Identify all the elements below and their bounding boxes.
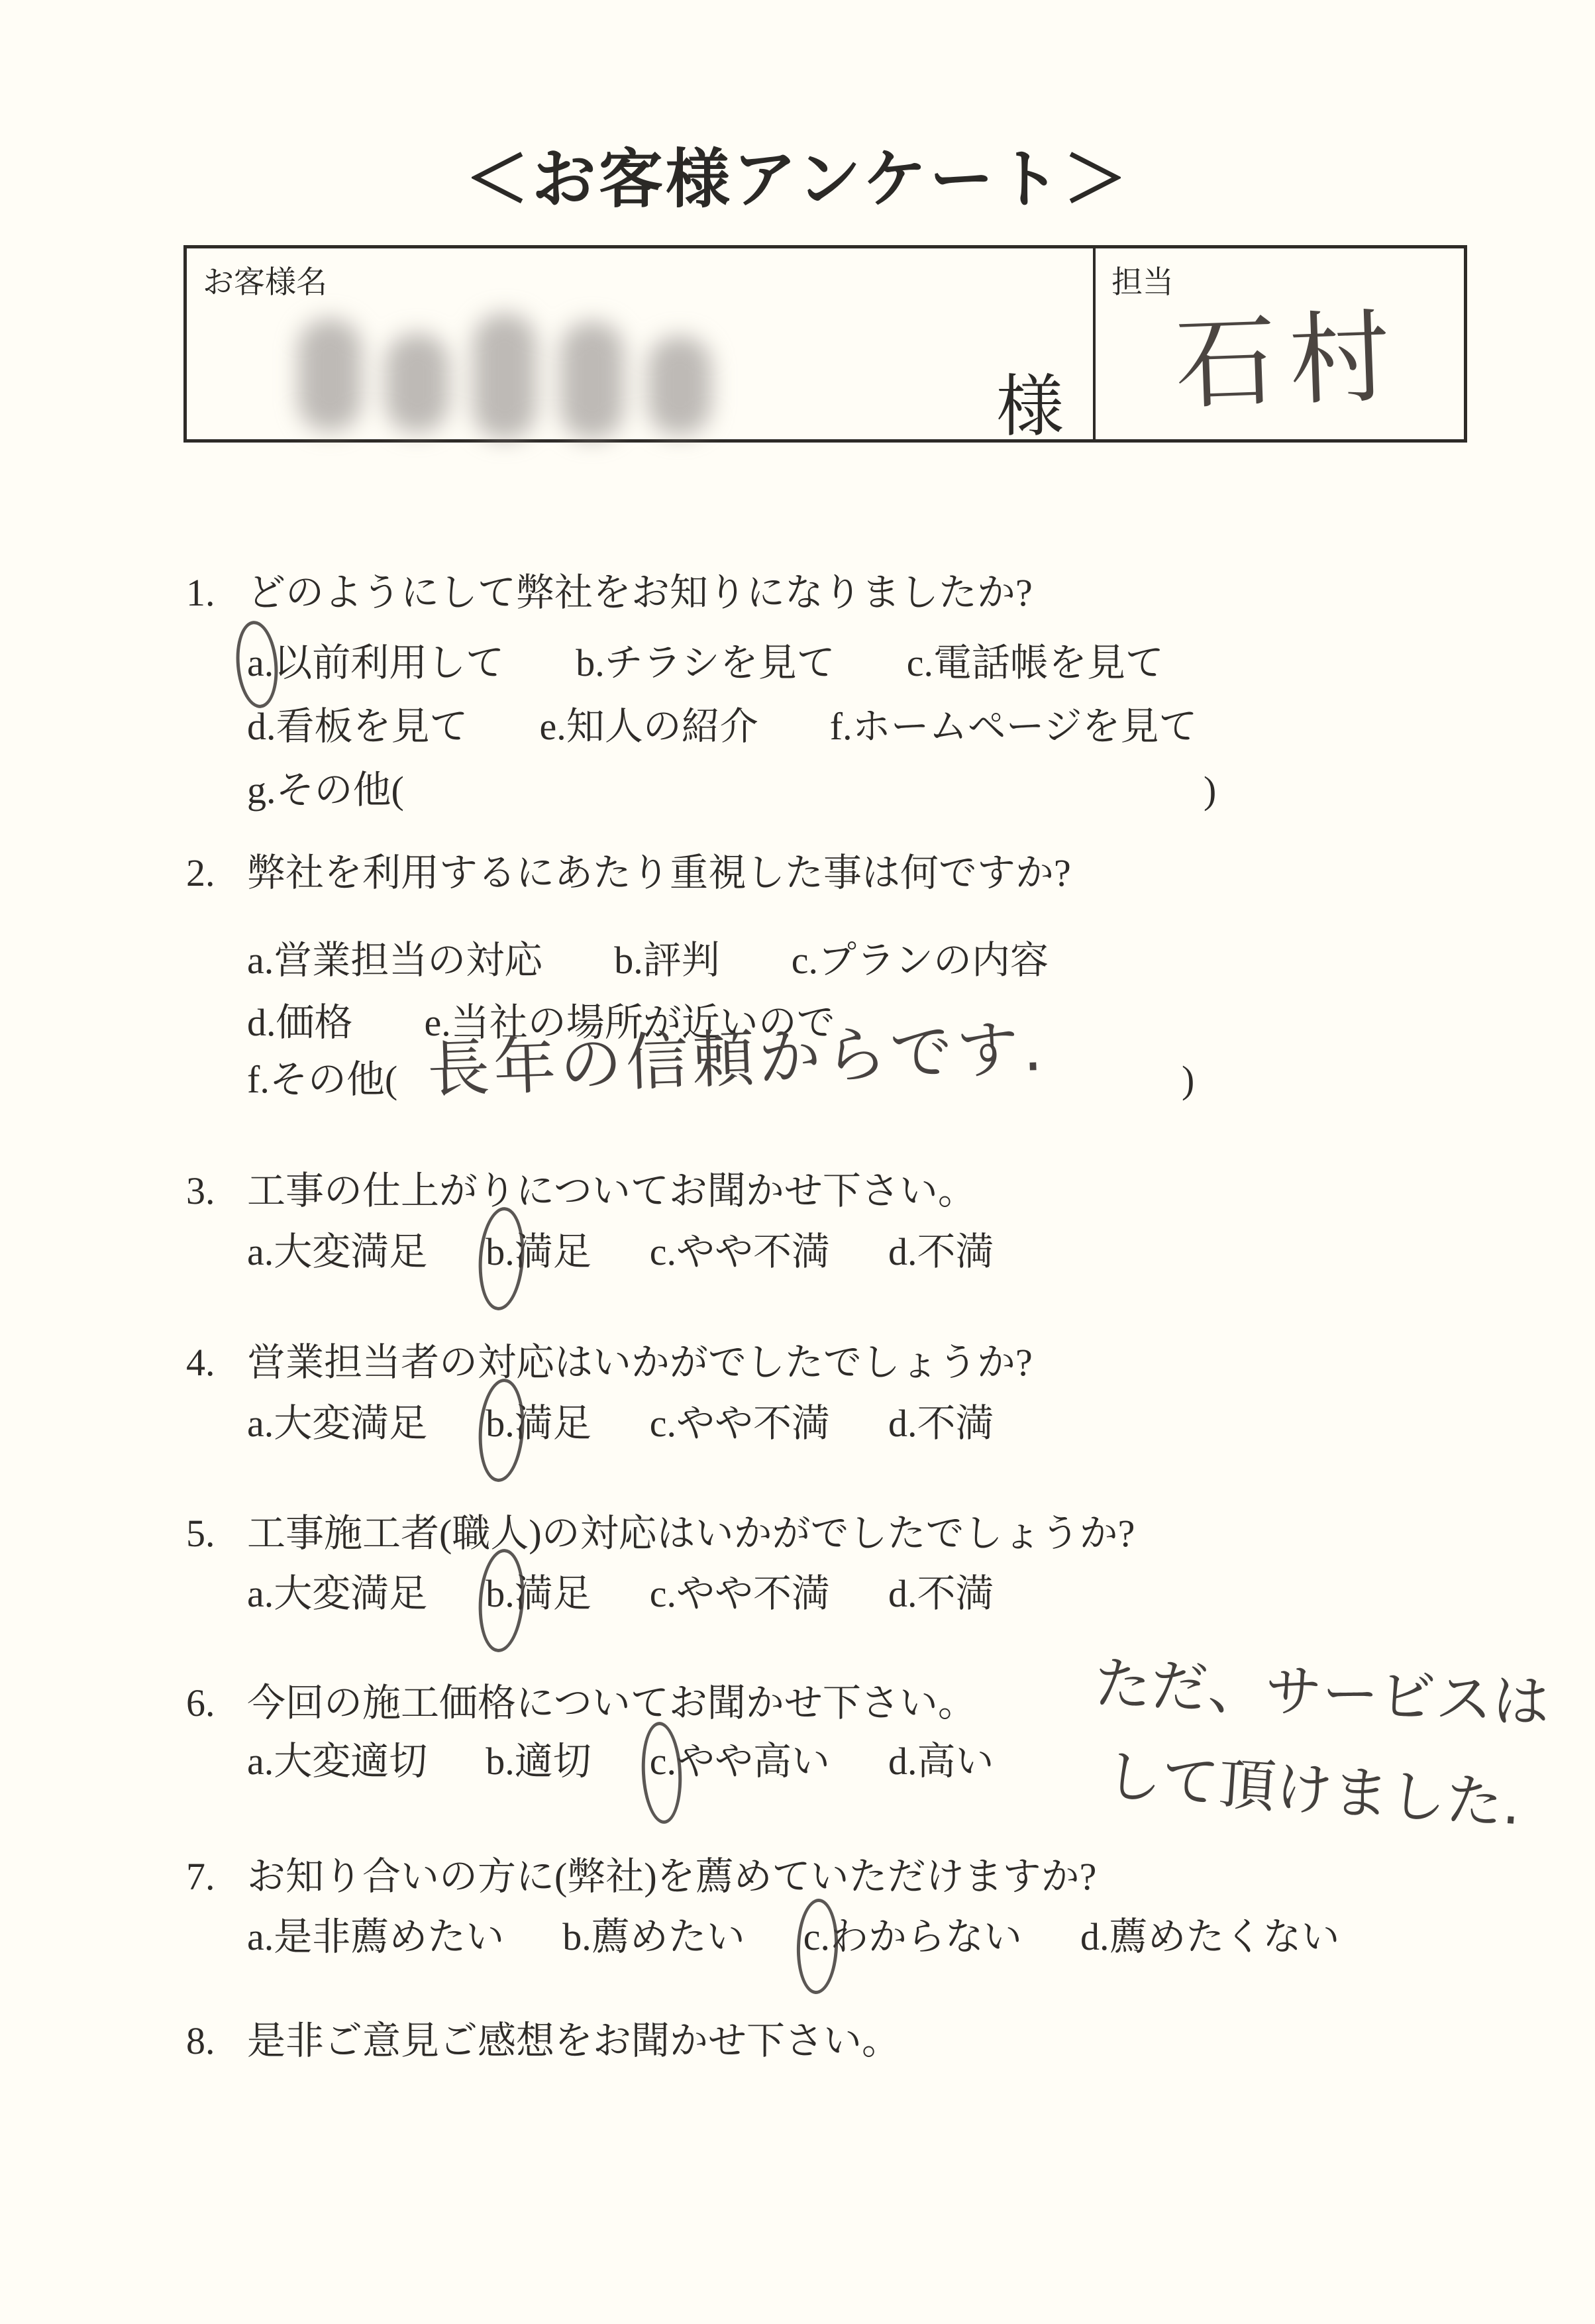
question-text: お知り合いの方に(弊社)を薦めていただけますか? bbox=[247, 1852, 1096, 1902]
option-prefix: a. bbox=[247, 1736, 274, 1787]
option-text: 是非薦めたい bbox=[274, 1915, 504, 1958]
option-text: やや不満 bbox=[676, 1402, 830, 1445]
option-prefix: d. bbox=[1080, 1912, 1109, 1962]
option-prefix: d. bbox=[888, 1399, 917, 1449]
option-text: わからない bbox=[830, 1915, 1022, 1958]
option-text: 不満 bbox=[917, 1230, 994, 1273]
question-number: 7. bbox=[186, 1852, 247, 1902]
option-text: 大変満足 bbox=[274, 1572, 427, 1615]
question-4: 4. 営業担当者の対応はいかがでしたでしょうか? a.大変満足 b.満足 c.や… bbox=[186, 1338, 1033, 1449]
option-prefix: a. bbox=[247, 1912, 274, 1962]
option-5d: d.不満 bbox=[888, 1569, 994, 1619]
option-text: チラシを見て bbox=[605, 641, 835, 684]
option-2b: b.評判 bbox=[614, 935, 720, 986]
question-number: 8. bbox=[186, 2016, 247, 2066]
question-number: 1. bbox=[186, 568, 247, 618]
customer-name-redacted bbox=[298, 309, 711, 439]
option-prefix: b. bbox=[614, 935, 643, 986]
handwritten-other-answer: 長年の信頼からです. bbox=[427, 1024, 1047, 1096]
option-1a: a.以前利用して bbox=[247, 638, 504, 688]
question-text: 今回の施工価格についてお聞かせ下さい。 bbox=[247, 1678, 976, 1728]
option-4a: a.大変満足 bbox=[247, 1399, 427, 1449]
option-text: 知人の紹介 bbox=[566, 705, 758, 748]
option-text: 不満 bbox=[917, 1402, 994, 1445]
option-prefix: b. bbox=[576, 638, 605, 688]
option-3d: d.不満 bbox=[888, 1227, 994, 1277]
question-text: 是非ご意見ご感想をお聞かせ下さい。 bbox=[247, 2016, 900, 2066]
circled-answer-prefix: b. bbox=[486, 1227, 515, 1277]
question-text: 工事施工者(職人)の対応はいかがでしたでしょうか? bbox=[247, 1508, 1135, 1559]
option-prefix: c. bbox=[650, 1227, 676, 1277]
option-text: 大変適切 bbox=[274, 1740, 427, 1783]
option-3a: a.大変満足 bbox=[247, 1227, 427, 1277]
option-prefix: d. bbox=[888, 1736, 917, 1787]
close-paren: ) bbox=[1204, 765, 1216, 816]
option-4c: c.やや不満 bbox=[650, 1399, 830, 1449]
option-1f: f.ホームページを見て bbox=[830, 702, 1198, 752]
option-text: ホームページを見て bbox=[852, 705, 1198, 748]
option-prefix: c. bbox=[907, 638, 933, 688]
question-5: 5. 工事施工者(職人)の対応はいかがでしたでしょうか? a.大変満足 b.満足… bbox=[186, 1508, 1135, 1619]
option-7a: a.是非薦めたい bbox=[247, 1912, 504, 1962]
question-2: 2. 弊社を利用するにあたり重視した事は何ですか? a.営業担当の対応 b.評判… bbox=[186, 848, 1071, 1105]
option-text: 営業担当の対応 bbox=[274, 939, 542, 982]
question-number: 6. bbox=[186, 1678, 247, 1728]
option-prefix: d. bbox=[247, 702, 276, 752]
question-6: 6. 今回の施工価格についてお聞かせ下さい。 a.大変適切 b.適切 c.やや高… bbox=[186, 1678, 994, 1787]
option-text: 満足 bbox=[515, 1230, 592, 1273]
question-1: 1. どのようにして弊社をお知りになりましたか? a.以前利用して b.チラシを… bbox=[186, 568, 1197, 816]
question-8: 8. 是非ご意見ご感想をお聞かせ下さい。 bbox=[186, 2016, 900, 2066]
option-prefix: e. bbox=[540, 702, 566, 752]
option-4b: b.満足 bbox=[486, 1399, 592, 1449]
option-text: 価格 bbox=[276, 1001, 353, 1044]
circled-answer-prefix: a. bbox=[247, 638, 274, 688]
option-text: その他( bbox=[270, 1058, 397, 1101]
option-text: 高い bbox=[917, 1740, 994, 1783]
option-prefix: d. bbox=[888, 1569, 917, 1619]
option-2c: c.プランの内容 bbox=[792, 935, 1049, 986]
question-text: 弊社を利用するにあたり重視した事は何ですか? bbox=[247, 848, 1071, 898]
option-7d: d.薦めたくない bbox=[1080, 1912, 1340, 1962]
option-text: 大変満足 bbox=[274, 1402, 427, 1445]
option-text: 大変満足 bbox=[274, 1230, 427, 1273]
option-text: 評判 bbox=[643, 939, 720, 982]
question-text: 工事の仕上がりについてお聞かせ下さい。 bbox=[247, 1166, 976, 1216]
option-text: やや不満 bbox=[676, 1572, 830, 1615]
option-text: やや高い bbox=[676, 1740, 830, 1783]
option-text: 電話帳を見て bbox=[933, 641, 1164, 684]
option-prefix: a. bbox=[247, 935, 274, 986]
note-line-1: ただ、サービスは bbox=[1093, 1637, 1552, 1739]
option-7c: c.わからない bbox=[803, 1912, 1022, 1962]
handwritten-margin-note: ただ、サービスは して頂けました. bbox=[1094, 1647, 1550, 1827]
option-prefix: a. bbox=[247, 1569, 274, 1619]
survey-scan-page: ＜お客様アンケート＞ お客様名 様 担当 石村 1. どのようにして弊社をお知り… bbox=[0, 0, 1595, 2324]
option-2a: a.営業担当の対応 bbox=[247, 935, 542, 986]
option-text: 満足 bbox=[515, 1402, 592, 1445]
close-paren: ) bbox=[1182, 1055, 1194, 1105]
option-prefix: f. bbox=[830, 702, 852, 752]
honorific-sama: 様 bbox=[996, 353, 1064, 450]
staff-label: 担当 bbox=[1111, 258, 1174, 302]
question-number: 4. bbox=[186, 1338, 247, 1388]
page-title: ＜お客様アンケート＞ bbox=[0, 127, 1595, 220]
option-text: 満足 bbox=[515, 1572, 592, 1615]
option-prefix: a. bbox=[247, 1227, 274, 1277]
option-text: 以前利用して bbox=[274, 641, 504, 684]
option-text: 薦めたくない bbox=[1109, 1915, 1340, 1958]
option-2d: d.価格 bbox=[247, 998, 353, 1048]
option-text: プランの内容 bbox=[818, 939, 1049, 982]
note-line-2: して頂けました. bbox=[1102, 1730, 1552, 1843]
option-7b: b.薦めたい bbox=[562, 1912, 745, 1962]
option-1g: g.その他( bbox=[247, 765, 404, 816]
option-text: その他( bbox=[276, 768, 404, 812]
option-prefix: d. bbox=[888, 1227, 917, 1277]
option-text: 看板を見て bbox=[276, 705, 468, 748]
option-prefix: b. bbox=[562, 1912, 592, 1962]
option-text: 適切 bbox=[515, 1740, 592, 1783]
option-6b: b.適切 bbox=[486, 1736, 592, 1787]
option-prefix: c. bbox=[650, 1399, 676, 1449]
option-prefix: c. bbox=[792, 935, 818, 986]
option-1b: b.チラシを見て bbox=[576, 638, 835, 688]
option-prefix: d. bbox=[247, 998, 276, 1048]
option-6c: c.やや高い bbox=[650, 1736, 830, 1787]
option-prefix: b. bbox=[486, 1736, 515, 1787]
option-6d: d.高い bbox=[888, 1736, 994, 1787]
option-4d: d.不満 bbox=[888, 1399, 994, 1449]
option-5c: c.やや不満 bbox=[650, 1569, 830, 1619]
option-prefix: g. bbox=[247, 765, 276, 816]
name-staff-box: お客様名 様 担当 石村 bbox=[183, 245, 1467, 443]
option-3b: b.満足 bbox=[486, 1227, 592, 1277]
circled-answer-prefix: c. bbox=[650, 1736, 676, 1787]
question-number: 2. bbox=[186, 848, 247, 898]
option-3c: c.やや不満 bbox=[650, 1227, 830, 1277]
box-divider bbox=[1093, 248, 1096, 439]
question-text: どのようにして弊社をお知りになりましたか? bbox=[247, 568, 1033, 618]
question-7: 7. お知り合いの方に(弊社)を薦めていただけますか? a.是非薦めたい b.薦… bbox=[186, 1852, 1340, 1962]
customer-name-label: お客様名 bbox=[203, 258, 327, 302]
option-prefix: f. bbox=[247, 1055, 270, 1105]
option-text: やや不満 bbox=[676, 1230, 830, 1273]
option-2f: f.その他( bbox=[247, 1055, 397, 1105]
option-prefix: a. bbox=[247, 1399, 274, 1449]
staff-name-handwritten: 石村 bbox=[1172, 276, 1405, 429]
option-5b: b.満足 bbox=[486, 1569, 592, 1619]
circled-answer-prefix: b. bbox=[486, 1399, 515, 1449]
option-text: 不満 bbox=[917, 1572, 994, 1615]
question-3: 3. 工事の仕上がりについてお聞かせ下さい。 a.大変満足 b.満足 c.やや不… bbox=[186, 1166, 994, 1277]
option-1d: d.看板を見て bbox=[247, 702, 468, 752]
circled-answer-prefix: b. bbox=[486, 1569, 515, 1619]
option-prefix: c. bbox=[650, 1569, 676, 1619]
option-5a: a.大変満足 bbox=[247, 1569, 427, 1619]
circled-answer-prefix: c. bbox=[803, 1912, 830, 1962]
option-text: 薦めたい bbox=[592, 1915, 745, 1958]
option-1c: c.電話帳を見て bbox=[907, 638, 1164, 688]
question-number: 5. bbox=[186, 1508, 247, 1559]
question-number: 3. bbox=[186, 1166, 247, 1216]
option-6a: a.大変適切 bbox=[247, 1736, 427, 1787]
option-1e: e.知人の紹介 bbox=[540, 702, 758, 752]
question-text: 営業担当者の対応はいかがでしたでしょうか? bbox=[247, 1338, 1033, 1388]
